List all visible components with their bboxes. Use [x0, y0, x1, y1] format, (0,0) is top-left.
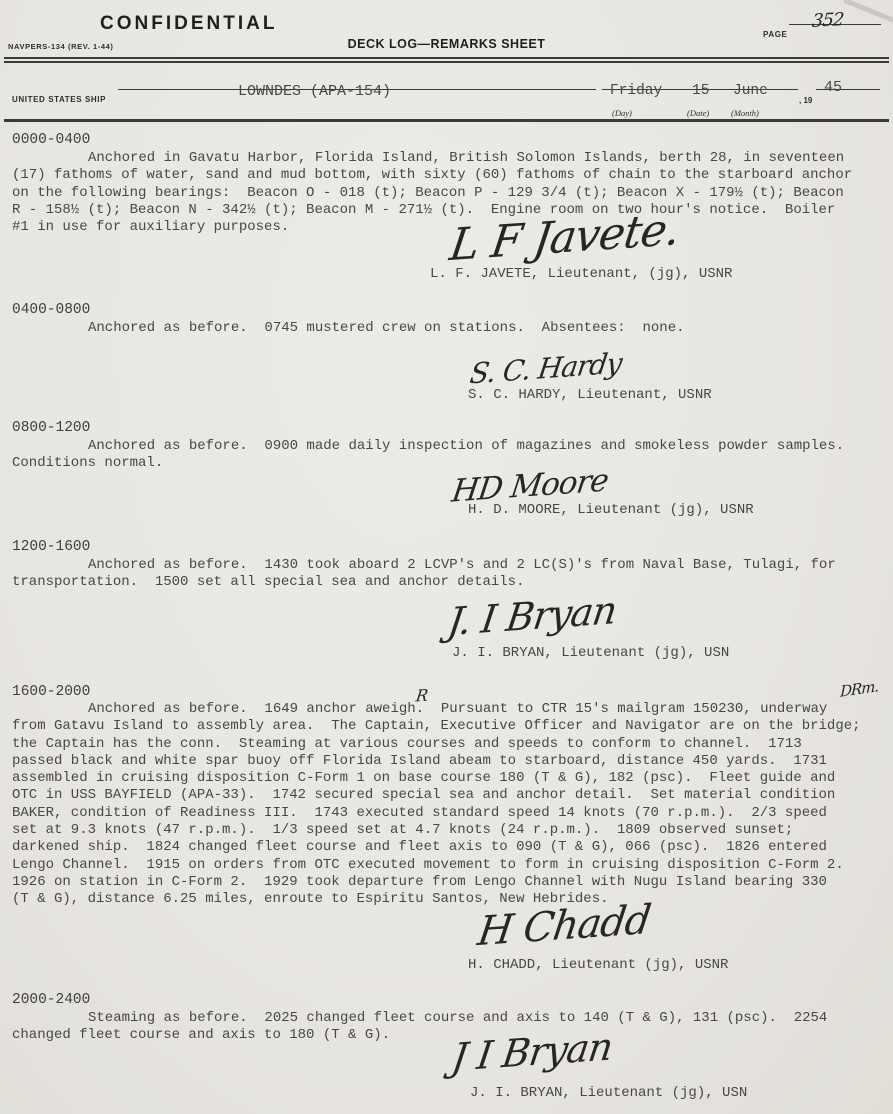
deck-log-page: CONFIDENTIAL PAGE 352 NAVPERS-134 (REV. …: [0, 0, 893, 1114]
entry-time-1600-2000: 1600-2000: [12, 684, 90, 700]
date-date: 15: [692, 83, 709, 99]
signature-typed-moore: H. D. MOORE, Lieutenant (jg), USNR: [468, 502, 754, 518]
entry-text-2000-2400: Steaming as before. 2025 changed fleet c…: [12, 1010, 884, 1045]
entry-text-1600-2000: Anchored as before. 1649 anchor aweigh. …: [12, 701, 884, 909]
date-year: 45: [824, 79, 842, 96]
entry-time-1200-1600: 1200-1600: [12, 539, 90, 555]
underway-initials-annotation: DRm.: [840, 677, 879, 701]
date-caption: (Date): [687, 108, 709, 118]
header-rule-top: [4, 57, 889, 59]
signature-typed-hardy: S. C. HARDY, Lieutenant, USNR: [468, 387, 712, 403]
signature-typed-bryan-2: J. I. BRYAN, Lieutenant (jg), USN: [470, 1085, 747, 1101]
entry-text-0400-0800: Anchored as before. 0745 mustered crew o…: [12, 320, 884, 337]
month-caption: (Month): [731, 108, 759, 118]
year-prefix: , 19: [799, 96, 812, 105]
header-rule-bottom: [4, 61, 889, 63]
entry-text-1200-1600: Anchored as before. 1430 took aboard 2 L…: [12, 557, 884, 592]
entry-text-0000-0400: Anchored in Gavatu Harbor, Florida Islan…: [12, 150, 884, 236]
page-number: 352: [811, 9, 844, 32]
signature-typed-chadd: H. CHADD, Lieutenant (jg), USNR: [468, 957, 728, 973]
signature-script-bryan-1: J. I Bryan: [445, 588, 619, 644]
ship-label: UNITED STATES SHIP: [12, 95, 106, 104]
form-title: DECK LOG—REMARKS SHEET: [0, 37, 893, 51]
scan-artifact: [843, 0, 893, 23]
classification-stamp: CONFIDENTIAL: [100, 13, 277, 35]
date-day: Friday: [610, 83, 662, 99]
entry-time-0800-1200: 0800-1200: [12, 420, 90, 436]
entry-time-2000-2400: 2000-2400: [12, 992, 90, 1008]
signature-typed-javete: L. F. JAVETE, Lieutenant, (jg), USNR: [430, 266, 732, 282]
signature-script-hardy: S. C. Hardy: [468, 347, 624, 391]
date-month: June: [733, 83, 768, 99]
day-caption: (Day): [612, 108, 632, 118]
entry-text-0800-1200: Anchored as before. 0900 made daily insp…: [12, 438, 884, 473]
entry-time-0400-0800: 0400-0800: [12, 302, 90, 318]
signature-typed-bryan-1: J. I. BRYAN, Lieutenant (jg), USN: [452, 645, 729, 661]
ship-name: LOWNDES (APA-154): [238, 83, 391, 100]
entry-time-0000-0400: 0000-0400: [12, 132, 90, 148]
body-separator-rule: [4, 119, 889, 122]
